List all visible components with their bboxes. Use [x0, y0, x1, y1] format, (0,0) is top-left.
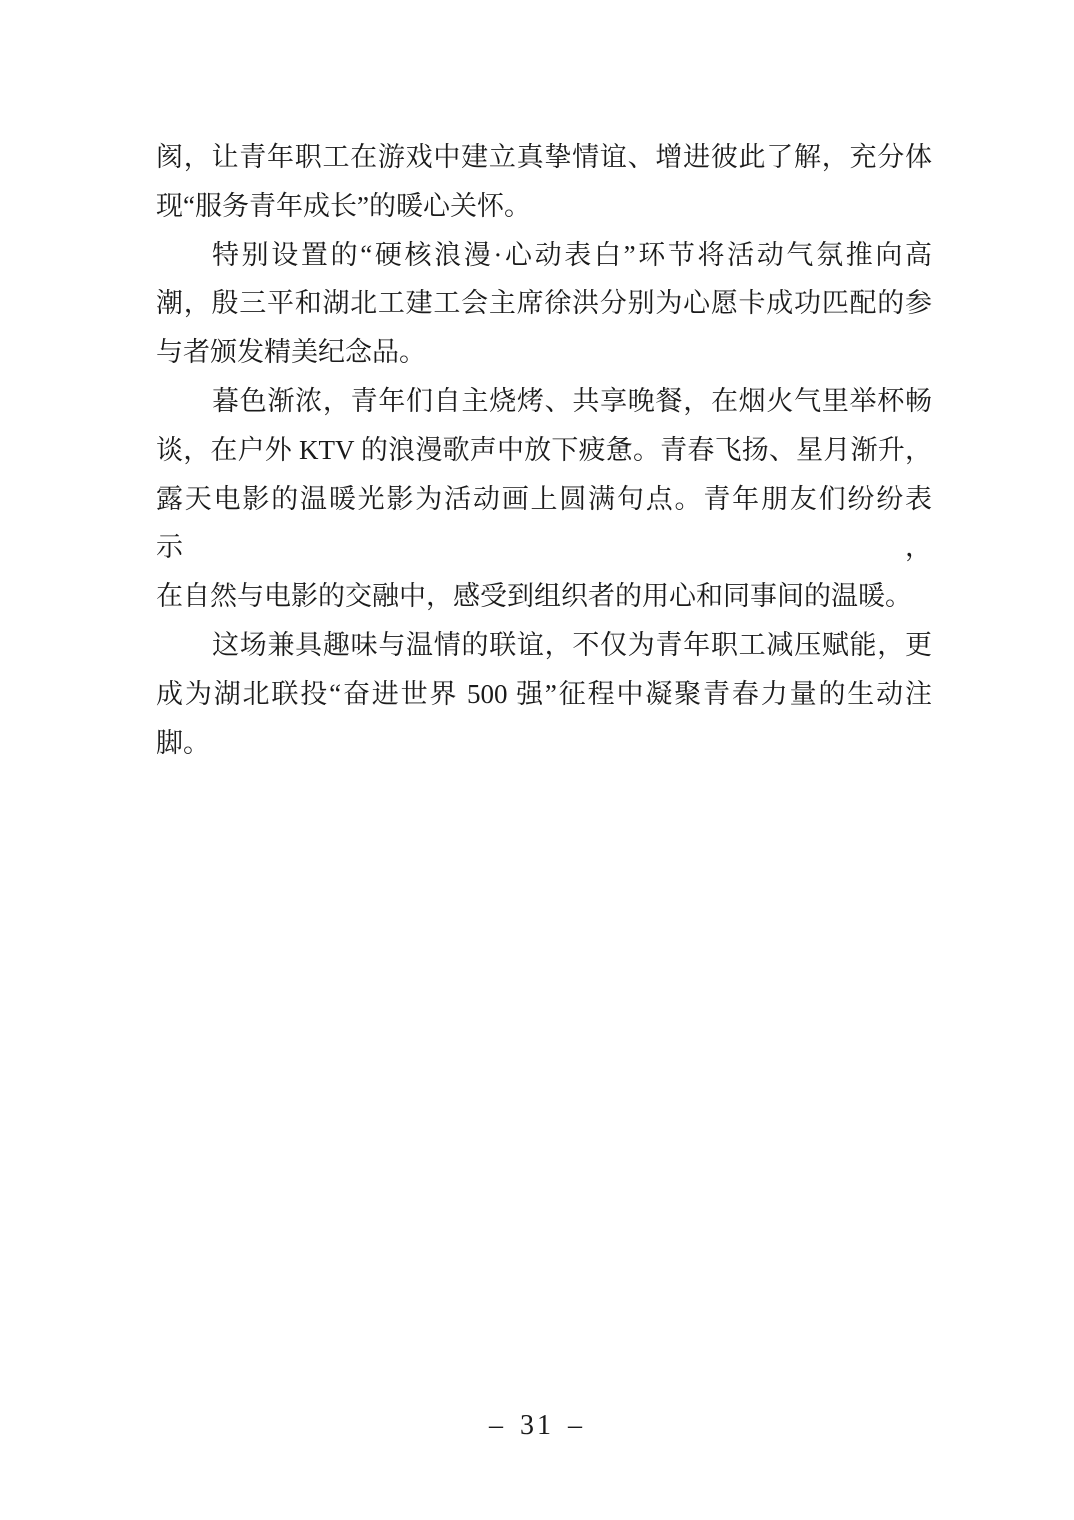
document-page: 阂，让青年职工在游戏中建立真挚情谊、增进彼此了解，充分体 现“服务青年成长”的暖…: [0, 0, 1074, 1520]
page-number: – 31 –: [0, 1410, 1074, 1442]
text-line: 阂，让青年职工在游戏中建立真挚情谊、增进彼此了解，充分体: [156, 133, 932, 182]
text-line: 露天电影的温暖光影为活动画上圆满句点。青年朋友们纷纷表示，: [156, 475, 932, 573]
text-line: 特别设置的“硬核浪漫·心动表白”环节将活动气氛推向高: [156, 231, 932, 280]
text-line: 潮，殷三平和湖北工建工会主席徐洪分别为心愿卡成功匹配的参: [156, 279, 932, 328]
text-line: 脚。: [156, 719, 932, 768]
text-line: 与者颁发精美纪念品。: [156, 328, 932, 377]
text-line: 谈，在户外 KTV 的浪漫歌声中放下疲惫。青春飞扬、星月渐升，: [156, 426, 932, 475]
text-line: 暮色渐浓，青年们自主烧烤、共享晚餐，在烟火气里举杯畅: [156, 377, 932, 426]
text-line: 成为湖北联投“奋进世界 500 强”征程中凝聚青春力量的生动注: [156, 670, 932, 719]
text-line: 现“服务青年成长”的暖心关怀。: [156, 182, 932, 231]
text-line: 在自然与电影的交融中，感受到组织者的用心和同事间的温暖。: [156, 572, 932, 621]
text-line: 这场兼具趣味与温情的联谊，不仅为青年职工减压赋能，更: [156, 621, 932, 670]
body-text: 阂，让青年职工在游戏中建立真挚情谊、增进彼此了解，充分体 现“服务青年成长”的暖…: [156, 133, 932, 767]
